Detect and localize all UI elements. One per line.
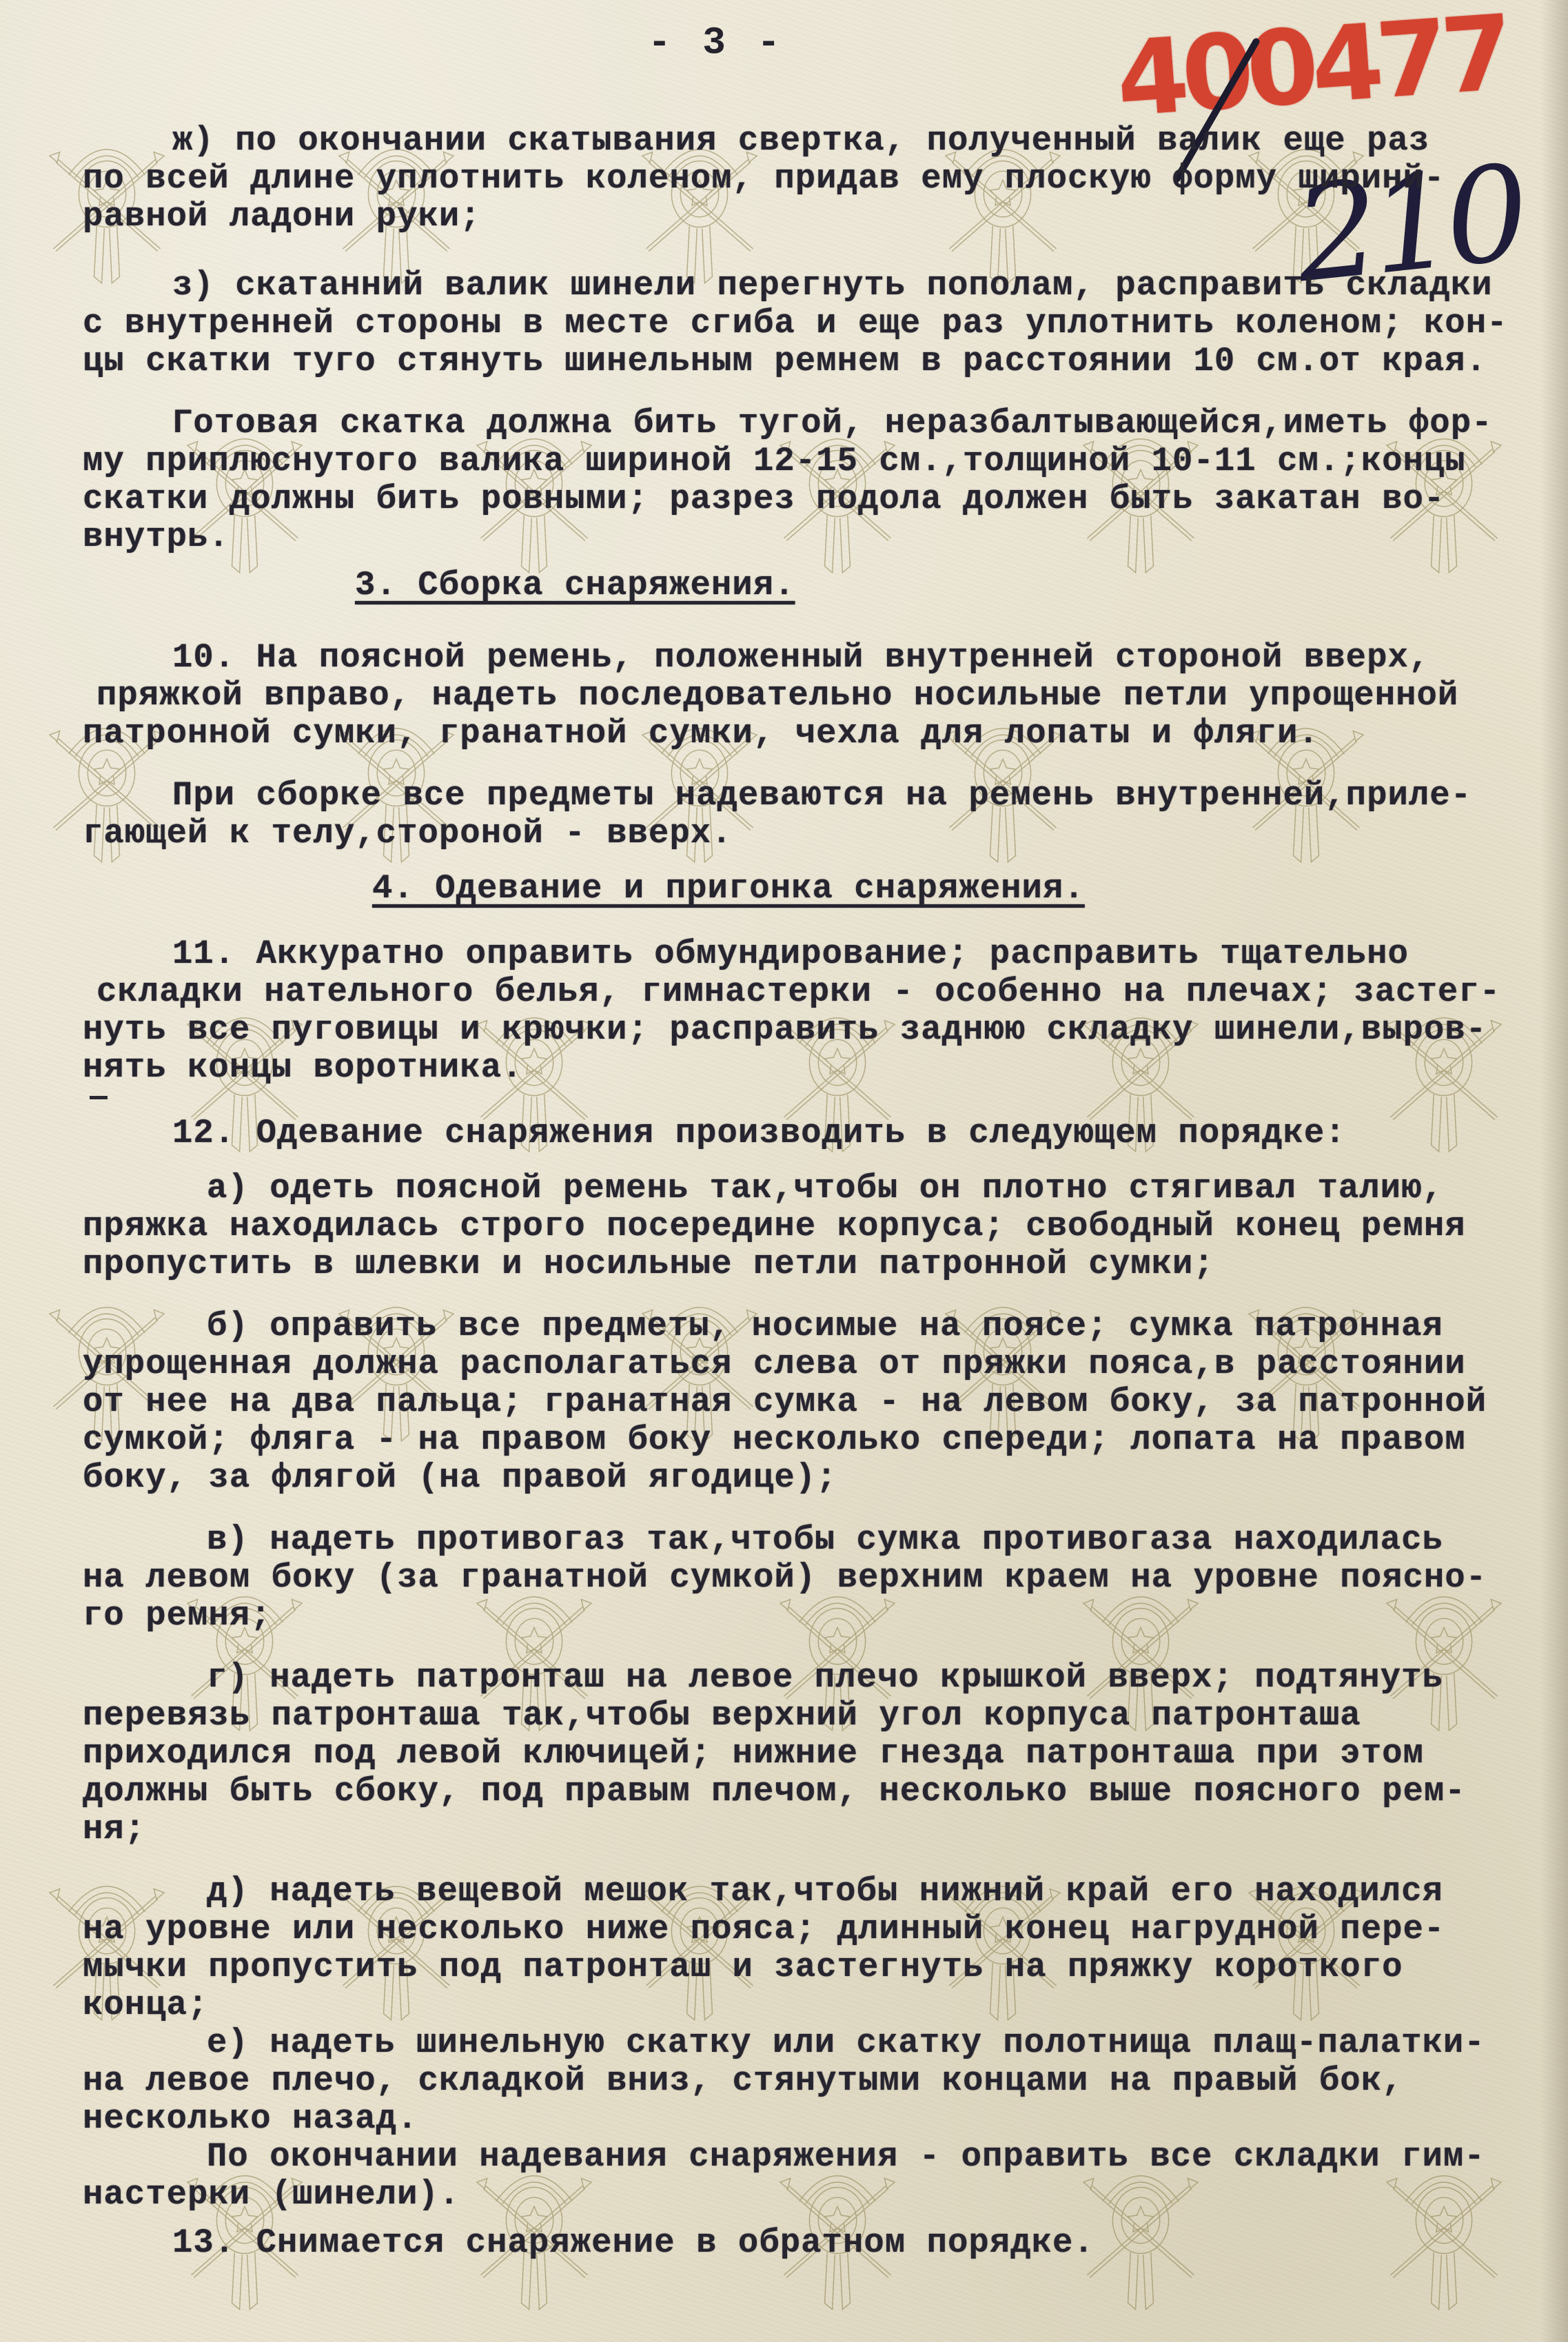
text-line: конца; [83, 1988, 208, 2022]
text-line: настерки (шинели). [83, 2178, 460, 2212]
paper-edge-shadow [1540, 0, 1568, 2342]
text-line: цы скатки туго стянуть шинельным ремнем … [83, 345, 1487, 378]
text-line: нуть все пуговицы и крючки; расправить з… [83, 1013, 1487, 1047]
section-heading-fitting: 4. Одевание и пригонка снаряжения. [372, 872, 1085, 906]
archive-number-stamp: 400477 [1113, 0, 1511, 141]
text-line: приходился под левой ключицей; нижние гн… [83, 1737, 1424, 1771]
text-line: по всей длине уплотнить коленом, придав … [83, 162, 1445, 196]
text-line: Готовая скатка должна бить тугой, неразб… [172, 407, 1493, 440]
text-line: д) надеть вещевой мешок так,чтобы нижний… [207, 1875, 1443, 1908]
text-line: е) надеть шинельную скатку или скатку по… [207, 2026, 1485, 2060]
text-line: а) одеть поясной ремень так,чтобы он пло… [207, 1172, 1443, 1205]
text-line: 11. Аккуратно оправить обмундирование; р… [172, 937, 1409, 971]
text-line: По окончании надевания снаряжения - опра… [207, 2140, 1485, 2174]
text-line: пряжкой вправо, надеть последовательно н… [96, 679, 1458, 713]
text-line: пропустить в шлевки и носильные петли па… [83, 1248, 1214, 1281]
text-line: го ремня; [83, 1599, 272, 1633]
text-line: скатки должны бить ровными; разрез подол… [83, 482, 1445, 516]
text-line: пряжка находилась строго посередине корп… [83, 1210, 1466, 1243]
text-line: ж) по окончании скатывания свертка, полу… [172, 124, 1429, 158]
text-line: в) надеть противогаз так,чтобы сумка про… [207, 1523, 1443, 1557]
text-line: равной ладони руки; [83, 200, 481, 234]
text-line: внутрь. [83, 520, 230, 554]
text-line: несколько назад. [83, 2102, 418, 2136]
text-line: ня; [83, 1813, 145, 1846]
text-line: на левом боку (за гранатной сумкой) верх… [83, 1561, 1487, 1595]
text-line: упрощенная должна располагаться слева от… [83, 1347, 1466, 1381]
text-line: с внутренней стороны в месте сгиба и еще… [83, 307, 1508, 340]
page-number: - 3 - [648, 21, 784, 65]
text-line: му приплюснутого валика шириной 12-15 см… [83, 445, 1466, 478]
text-line: г) надеть патронташ на левое плечо крышк… [207, 1661, 1443, 1695]
text-line: перевязь патронташа так,чтобы верхний уг… [83, 1699, 1361, 1733]
text-line: При сборке все предметы надеваются на ре… [172, 779, 1472, 813]
section-heading-assembly: 3. Сборка снаряжения. [355, 569, 795, 602]
text-line: 13. Снимается снаряжение в обратном поря… [172, 2226, 1094, 2260]
text-line: 12. Одевание снаряжения производить в сл… [172, 1117, 1346, 1150]
text-line: патронной сумки, гранатной сумки, чехла … [83, 717, 1319, 751]
text-line: на уровне или несколько ниже пояса; длин… [83, 1913, 1445, 1946]
text-line: 10. На поясной ремень, положенный внутре… [172, 641, 1429, 675]
text-line: б) оправить все предметы, носимые на поя… [207, 1310, 1443, 1343]
text-line: гающей к телу,стороной - вверх. [83, 817, 733, 851]
text-line: з) скатанний валик шинели перегнуть попо… [172, 269, 1493, 303]
text-line: нять концы воротника. [83, 1051, 523, 1085]
text-line: сумкой; фляга - на правом боку несколько… [83, 1423, 1466, 1457]
text-line: складки нательного белья, гимнастерки - … [96, 975, 1500, 1009]
margin-dash-mark [90, 1096, 108, 1099]
text-line: от нее на два пальца; гранатная сумка - … [83, 1385, 1487, 1419]
text-line: боку, за флягой (на правой ягодице); [83, 1461, 837, 1495]
text-line: мычки пропустить под патронташ и застегн… [83, 1951, 1403, 1984]
text-line: на левое плечо, складкой вниз, стянутыми… [83, 2064, 1403, 2098]
text-line: должны быть сбоку, под правым плечом, не… [83, 1775, 1466, 1809]
